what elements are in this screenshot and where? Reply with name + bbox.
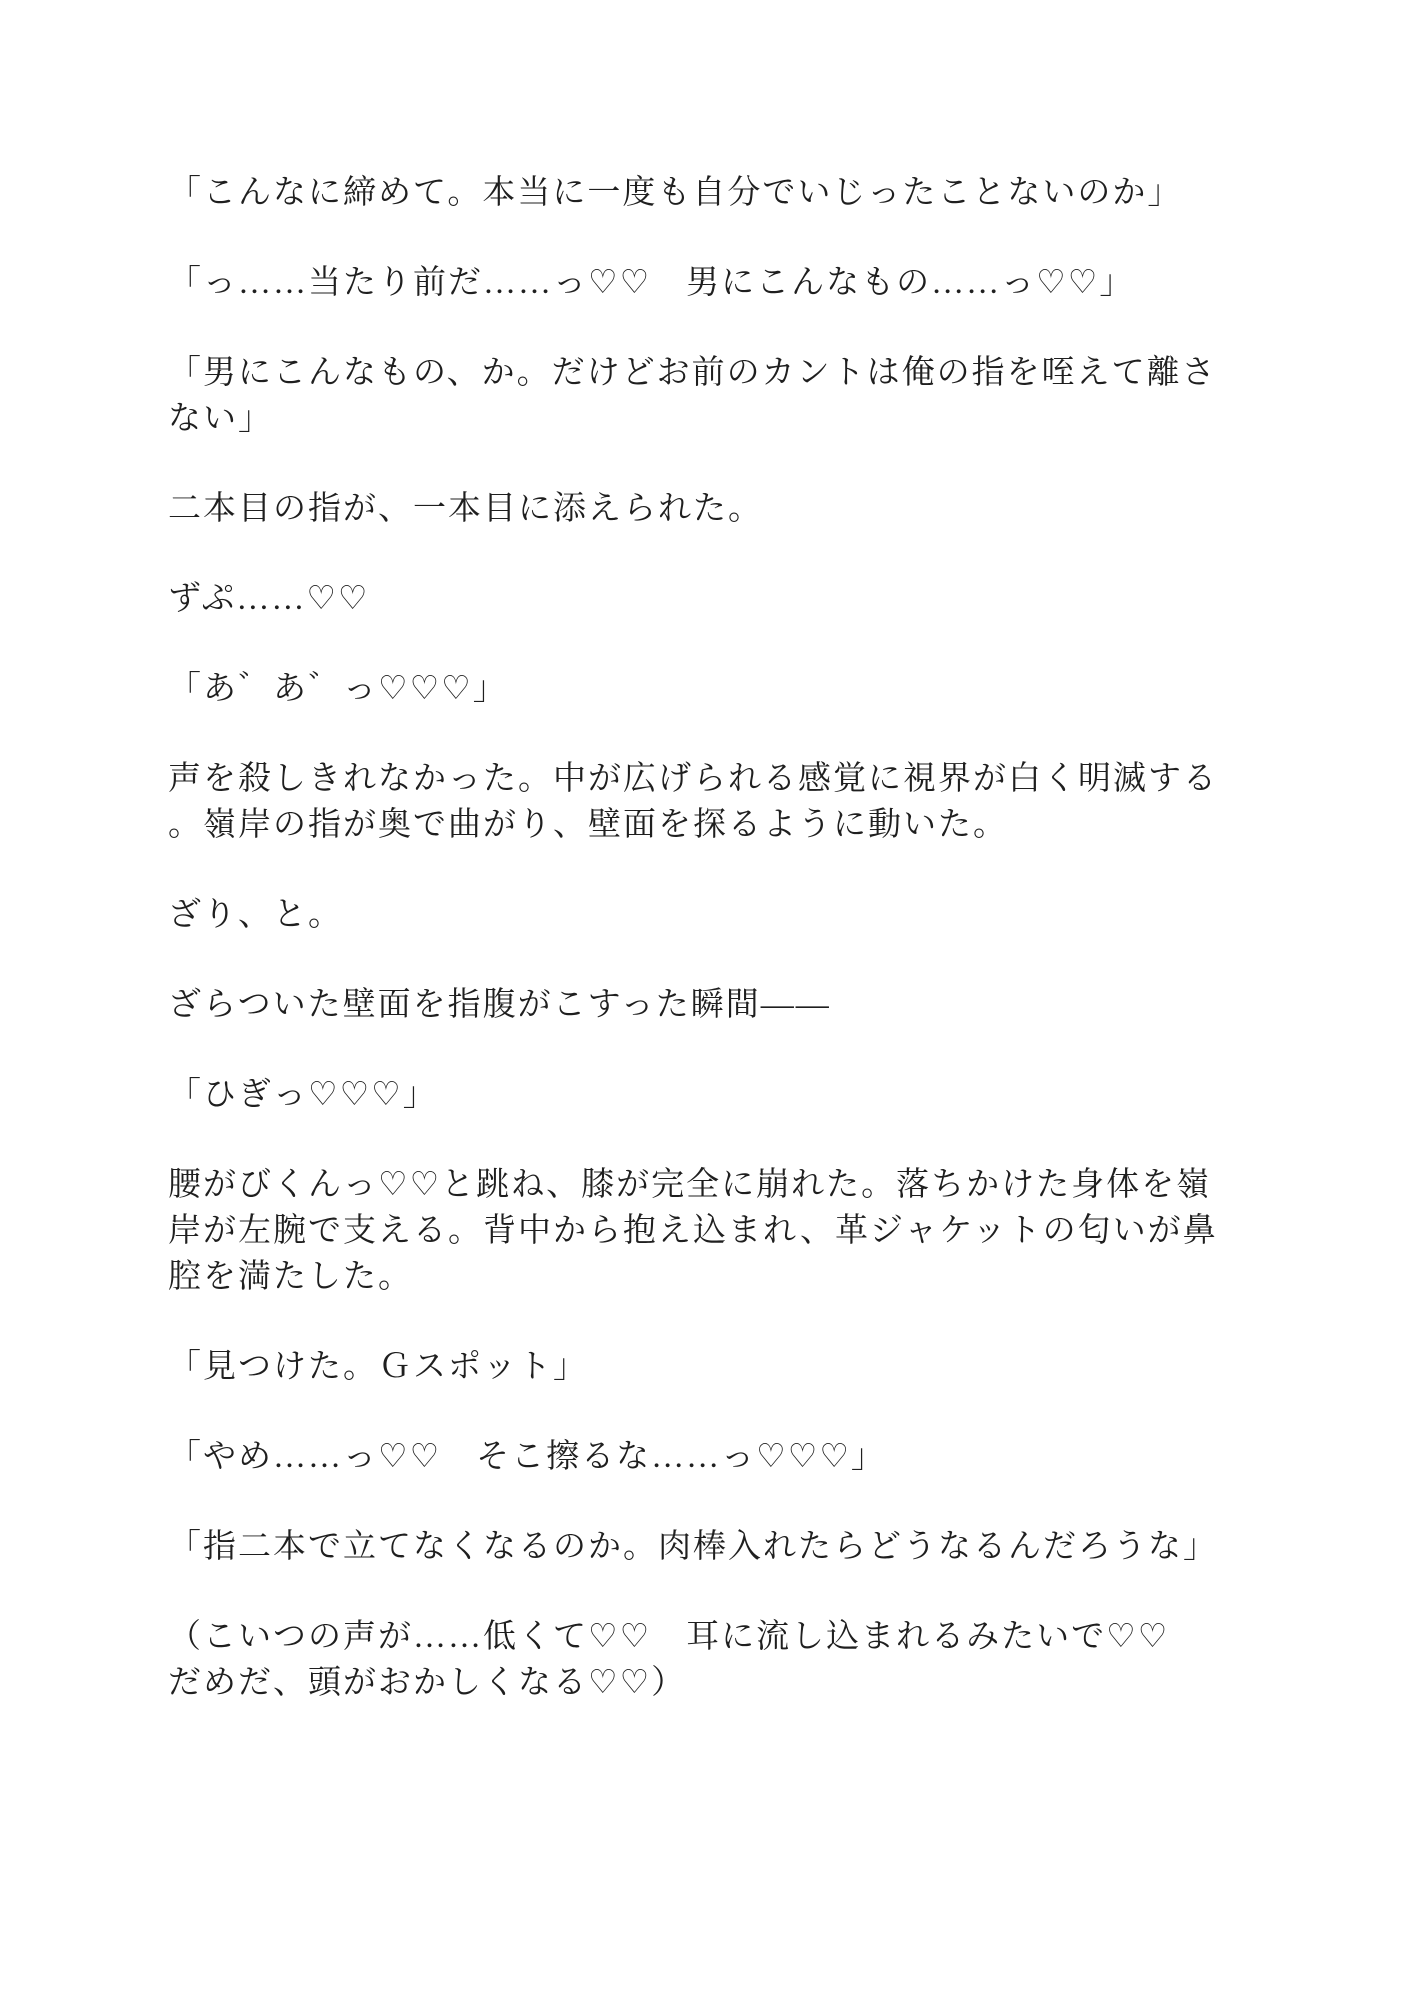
paragraph-7: 声を殺しきれなかった。中が広げられる感覚に視界が白く明滅する 。嶺岸の指が奥で曲… bbox=[168, 756, 1275, 848]
paragraph-4: 二本目の指が、一本目に添えられた。 bbox=[168, 486, 1275, 532]
paragraph-5: ずぷ……♡♡ bbox=[168, 576, 1275, 622]
paragraph-3: 「男にこんなもの、か。だけどお前のカントは俺の指を咥えて離さ ない」 bbox=[168, 350, 1275, 442]
paragraph-8: ざり、と。 bbox=[168, 892, 1275, 938]
paragraph-12: 「見つけた。Ｇスポット」 bbox=[168, 1344, 1275, 1390]
document-page: 「こんなに締めて。本当に一度も自分でいじったことないのか」 「っ……当たり前だ…… bbox=[0, 0, 1415, 2000]
paragraph-6: 「あ゛あ゛っ♡♡♡」 bbox=[168, 666, 1275, 712]
paragraph-14: 「指二本で立てなくなるのか。肉棒入れたらどうなるんだろうな」 bbox=[168, 1524, 1275, 1570]
paragraph-10: 「ひぎっ♡♡♡」 bbox=[168, 1072, 1275, 1118]
paragraph-13: 「やめ……っ♡♡ そこ擦るな……っ♡♡♡」 bbox=[168, 1434, 1275, 1480]
paragraph-1: 「こんなに締めて。本当に一度も自分でいじったことないのか」 bbox=[168, 170, 1275, 216]
paragraph-9: ざらついた壁面を指腹がこすった瞬間―― bbox=[168, 982, 1275, 1028]
paragraph-2: 「っ……当たり前だ……っ♡♡ 男にこんなもの……っ♡♡」 bbox=[168, 260, 1275, 306]
paragraph-11: 腰がびくんっ♡♡と跳ね、膝が完全に崩れた。落ちかけた身体を嶺 岸が左腕で支える。… bbox=[168, 1162, 1275, 1300]
paragraph-15: （こいつの声が……低くて♡♡ 耳に流し込まれるみたいで♡♡ だめだ、頭がおかしく… bbox=[168, 1614, 1275, 1706]
